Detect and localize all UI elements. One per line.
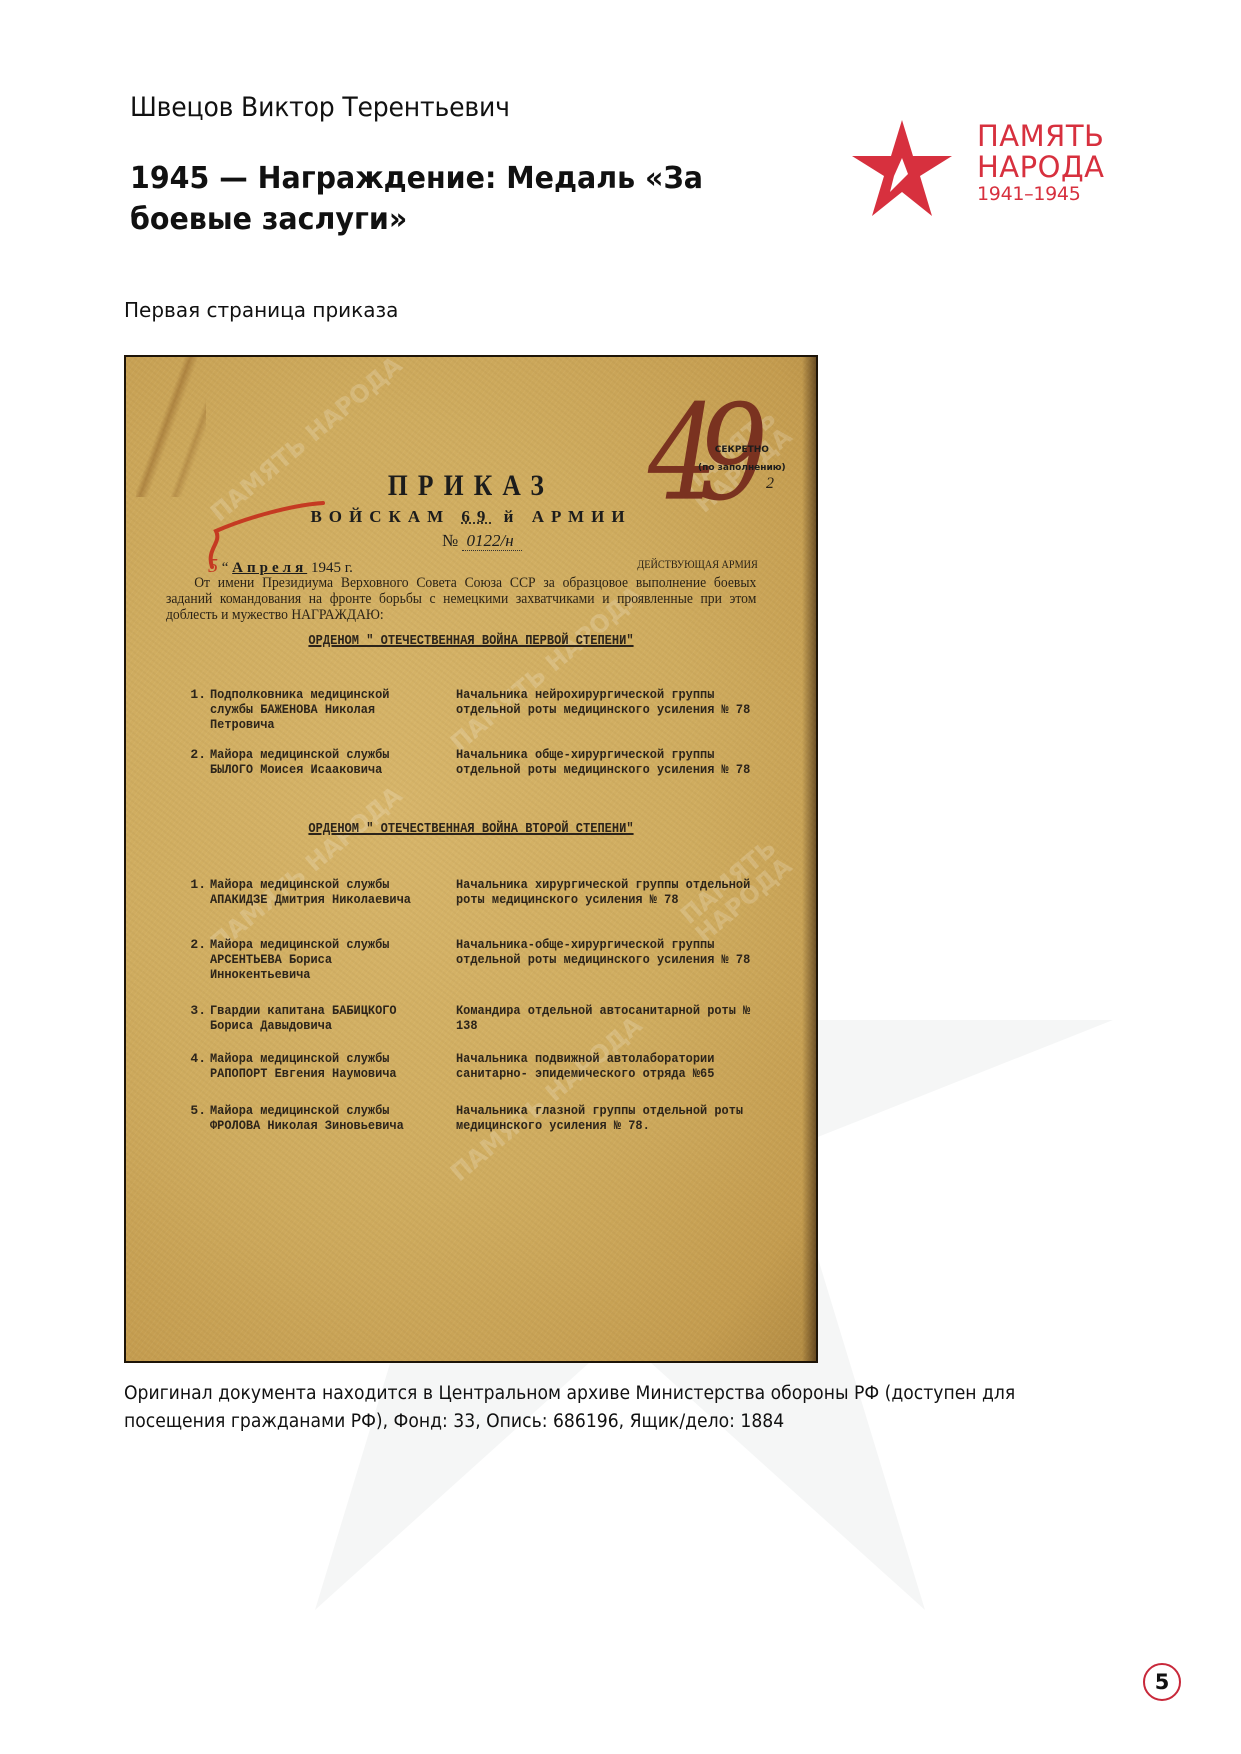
date-day: 5	[208, 555, 218, 577]
logo-years: 1941–1945	[977, 185, 1104, 204]
image-caption: Первая страница приказа	[124, 298, 398, 322]
number-prefix: №	[442, 531, 458, 550]
entry-number: 3.	[184, 1003, 206, 1018]
stamp-line1: СЕКРЕТНО	[698, 441, 786, 459]
number-value: 0122/н	[462, 531, 521, 551]
entry-number: 2.	[184, 937, 206, 952]
entry-position: Начальника нейрохирургической группы отд…	[456, 687, 750, 717]
army-number: 69	[461, 507, 492, 526]
entry-position: Начальника-обще-хирургической группы отд…	[456, 937, 750, 967]
order-document-scan: ПАМЯТЬ НАРОДА ПАМЯТЬ НАРОДА ПАМЯТЬ НАРОД…	[124, 355, 818, 1363]
logo-line2: НАРОДА	[977, 153, 1104, 182]
entry-recipient: Гвардии капитана БАБИЦКОГО Бориса Давыдо…	[210, 1003, 422, 1033]
entry-number: 4.	[184, 1051, 206, 1066]
entry-recipient: Майора медицинской службы АРСЕНТЬЕВА Бор…	[210, 937, 422, 982]
entry-number: 5.	[184, 1103, 206, 1118]
section-heading: ОРДЕНОМ " ОТЕЧЕСТВЕННАЯ ВОЙНА ПЕРВОЙ СТЕ…	[174, 633, 767, 649]
entry-recipient: Майора медицинской службы БЫЛОГО Моисея …	[210, 747, 422, 777]
order-preamble: От имени Президиума Верховного Совета Со…	[166, 575, 756, 623]
pamyat-naroda-logo[interactable]: ПАМЯТЬ НАРОДА 1941–1945	[850, 114, 1150, 224]
entry-position: Начальника хирургической группы отдельно…	[456, 877, 750, 907]
entry-number: 1.	[184, 687, 206, 702]
red-star-icon	[850, 118, 954, 218]
stamp-copy-number: 2	[766, 475, 774, 493]
entry-recipient: Майора медицинской службы РАПОПОРТ Евген…	[210, 1051, 422, 1081]
order-place: ДЕЙСТВУЮЩАЯ АРМИЯ	[637, 557, 758, 572]
entry-position: Начальника обще-хирургической группы отд…	[456, 747, 750, 777]
person-name: Швецов Виктор Терентьевич	[130, 92, 510, 123]
page-number: 5	[1143, 1663, 1181, 1701]
entry-number: 1.	[184, 877, 206, 892]
entry-recipient: Подполковника медицинской службы БАЖЕНОВ…	[210, 687, 422, 732]
entry-position: Начальника подвижной автолаборатории сан…	[456, 1051, 750, 1081]
date-month: Апреля	[232, 560, 307, 576]
order-title: ПРИКАЗ	[178, 469, 765, 503]
order-number: № 0122/н	[442, 531, 522, 551]
award-title: 1945 — Награждение: Медаль «За боевые за…	[130, 158, 757, 240]
entry-recipient: Майора медицинской службы ФРОЛОВА Никола…	[210, 1103, 422, 1133]
order-army: ВОЙСКАМ 69 й АРМИИ	[126, 507, 816, 527]
archive-source-note: Оригинал документа находится в Центральн…	[124, 1380, 1035, 1436]
entry-recipient: Майора медицинской службы АПАКИДЗЕ Дмитр…	[210, 877, 422, 907]
entry-position: Командира отдельной автосанитарной роты …	[456, 1003, 750, 1033]
army-prefix: ВОЙСКАМ	[310, 507, 450, 526]
date-year: 1945 г.	[311, 560, 353, 576]
logo-line1: ПАМЯТЬ	[977, 122, 1104, 151]
section-heading: ОРДЕНОМ " ОТЕЧЕСТВЕННАЯ ВОЙНА ВТОРОЙ СТЕ…	[174, 821, 767, 837]
army-suffix: й АРМИИ	[504, 507, 632, 526]
entry-position: Начальника глазной группы отдельной роты…	[456, 1103, 750, 1133]
logo-text: ПАМЯТЬ НАРОДА 1941–1945	[977, 122, 1104, 204]
entry-number: 2.	[184, 747, 206, 762]
